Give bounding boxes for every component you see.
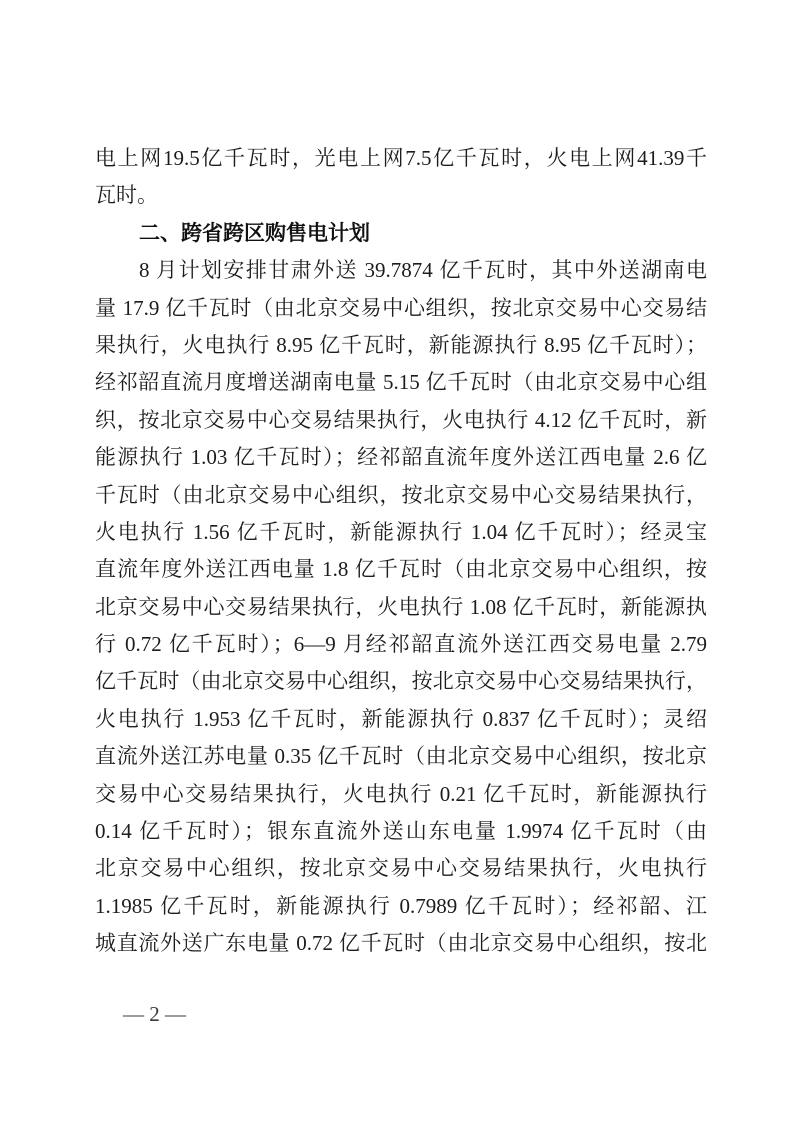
section-heading: 二、跨省跨区购售电计划 — [95, 215, 707, 252]
text-line: 能源执行 1.03 亿千瓦时）；经祁韶直流年度外送江西电量 2.6 亿 — [95, 439, 707, 476]
text-line: 经祁韶直流月度增送湖南电量 5.15 亿千瓦时（由北京交易中心组 — [95, 364, 707, 401]
document-body: 电上网19.5亿千瓦时，光电上网7.5亿千瓦时，火电上网41.39千 瓦时。 二… — [95, 140, 707, 963]
text-line: 电上网19.5亿千瓦时，光电上网7.5亿千瓦时，火电上网41.39千 — [95, 140, 707, 177]
text-line: 北京交易中心交易结果执行，火电执行 1.08 亿千瓦时，新能源执 — [95, 589, 707, 626]
text-line: 火电执行 1.953 亿千瓦时，新能源执行 0.837 亿千瓦时）；灵绍 — [95, 701, 707, 738]
text-line: 千瓦时（由北京交易中心组织，按北京交易中心交易结果执行， — [95, 477, 707, 514]
text-line: 1.1985 亿千瓦时，新能源执行 0.7989 亿千瓦时）；经祁韶、江 — [95, 888, 707, 925]
text-line: 火电执行 1.56 亿千瓦时，新能源执行 1.04 亿千瓦时）；经灵宝 — [95, 514, 707, 551]
text-line: 量 17.9 亿千瓦时（由北京交易中心组织，按北京交易中心交易结 — [95, 290, 707, 327]
text-line: 直流年度外送江西电量 1.8 亿千瓦时（由北京交易中心组织，按 — [95, 551, 707, 588]
text-line: 8 月计划安排甘肃外送 39.7874 亿千瓦时，其中外送湖南电 — [95, 252, 707, 289]
text-line: 北京交易中心组织，按北京交易中心交易结果执行，火电执行 — [95, 850, 707, 887]
text-line: 城直流外送广东电量 0.72 亿千瓦时（由北京交易中心组织，按北 — [95, 925, 707, 962]
text-line: 直流外送江苏电量 0.35 亿千瓦时（由北京交易中心组织，按北京 — [95, 738, 707, 775]
document-page: 电上网19.5亿千瓦时，光电上网7.5亿千瓦时，火电上网41.39千 瓦时。 二… — [0, 0, 793, 1122]
text-line: 织，按北京交易中心交易结果执行，火电执行 4.12 亿千瓦时，新 — [95, 402, 707, 439]
text-line: 亿千瓦时（由北京交易中心组织，按北京交易中心交易结果执行， — [95, 663, 707, 700]
text-line: 行 0.72 亿千瓦时）；6—9 月经祁韶直流外送江西交易电量 2.79 — [95, 626, 707, 663]
text-line: 0.14 亿千瓦时）；银东直流外送山东电量 1.9974 亿千瓦时（由 — [95, 813, 707, 850]
text-line: 瓦时。 — [95, 177, 707, 214]
text-line: 果执行，火电执行 8.95 亿千瓦时，新能源执行 8.95 亿千瓦时）； — [95, 327, 707, 364]
page-number-footer: — 2 — — [123, 1001, 186, 1027]
text-line: 交易中心交易结果执行，火电执行 0.21 亿千瓦时，新能源执行 — [95, 776, 707, 813]
